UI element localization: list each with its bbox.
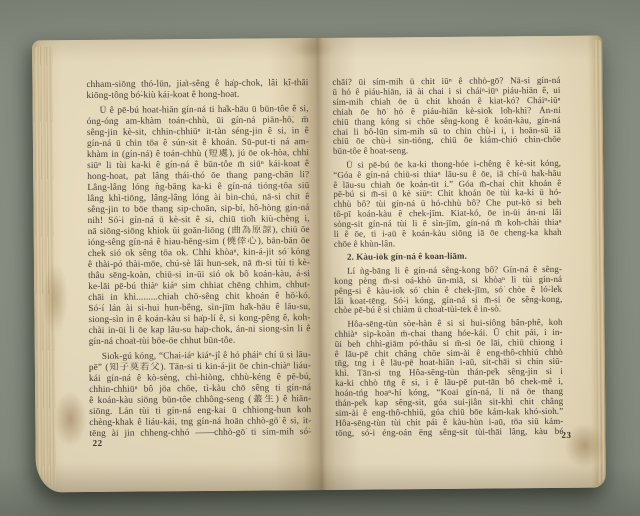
page-number-right: 23 bbox=[561, 430, 571, 440]
text-line: li ê ōe, ti i-aū ê koán-kàu siōng iā ōe … bbox=[334, 228, 562, 240]
paragraph: chāi? ūi sím-mih ū chit iūⁿ ê chhò-gō͘? … bbox=[332, 76, 561, 157]
paragraph: chham-siōng thó-lūn, jia̍t-sêng ê ha̍p-c… bbox=[86, 78, 308, 102]
text-line: chòe pē-bú ê si chiàm ū choa̍t-tùi-tek ê… bbox=[334, 304, 562, 316]
right-page-text: chāi? ūi sím-mih ū chit iūⁿ ê chhò-gō͘? … bbox=[332, 76, 563, 439]
page-edge-stack bbox=[34, 46, 56, 484]
text-line: chōe ê khùn-lân. bbox=[334, 238, 562, 250]
left-page-text: chham-siōng thó-lūn, jia̍t-sêng ê ha̍p-c… bbox=[86, 78, 311, 440]
text-line: būn-tôe ê hoat-seng. bbox=[333, 145, 561, 157]
section-heading: 2. Kàu-io̍k gín-ná ê koan-liām. bbox=[334, 251, 562, 263]
paragraph: Hôa-sēng-tùn sòe-hàn ê si si hui-siông b… bbox=[334, 318, 563, 439]
text-line: tōng, só͘-i éng-oán ēng sêng-sit tùi-thā… bbox=[335, 427, 563, 439]
text-line: kiōng-tông bó͘-kiù kái-koat ê hong-hoat. bbox=[86, 89, 308, 102]
paragraph: Ū ê pē-bú hoat-hiān gín-ná ti ha̍k-hāu ū… bbox=[87, 104, 311, 348]
text-line: tēng ài jin chheng-chhó ——chhò-gō͘ ti sí… bbox=[89, 427, 311, 440]
open-book: chham-siōng thó-lūn, jia̍t-sêng ê ha̍p-c… bbox=[32, 36, 606, 493]
photo-background: chham-siōng thó-lūn, jia̍t-sêng ê ha̍p-c… bbox=[0, 0, 640, 516]
text-line: 2. Kàu-io̍k gín-ná ê koan-liām. bbox=[334, 251, 562, 263]
paragraph: Lí ǹg-bāng li ê gín-ná sêng-kong bô? Gín… bbox=[334, 265, 562, 317]
page-number-left: 22 bbox=[93, 438, 103, 448]
paragraph: Sio̍k-gú kóng, “Chai-iáⁿ kiáⁿ-jî ê hó ph… bbox=[89, 350, 312, 440]
paragraph: Ū si pē-bú ōe ka-ki thong-hóe i-chêng ê … bbox=[333, 159, 562, 250]
text-line: gín-ná choa̍t-tùi bōe-ōe chhut būn-tôe. bbox=[89, 335, 311, 348]
